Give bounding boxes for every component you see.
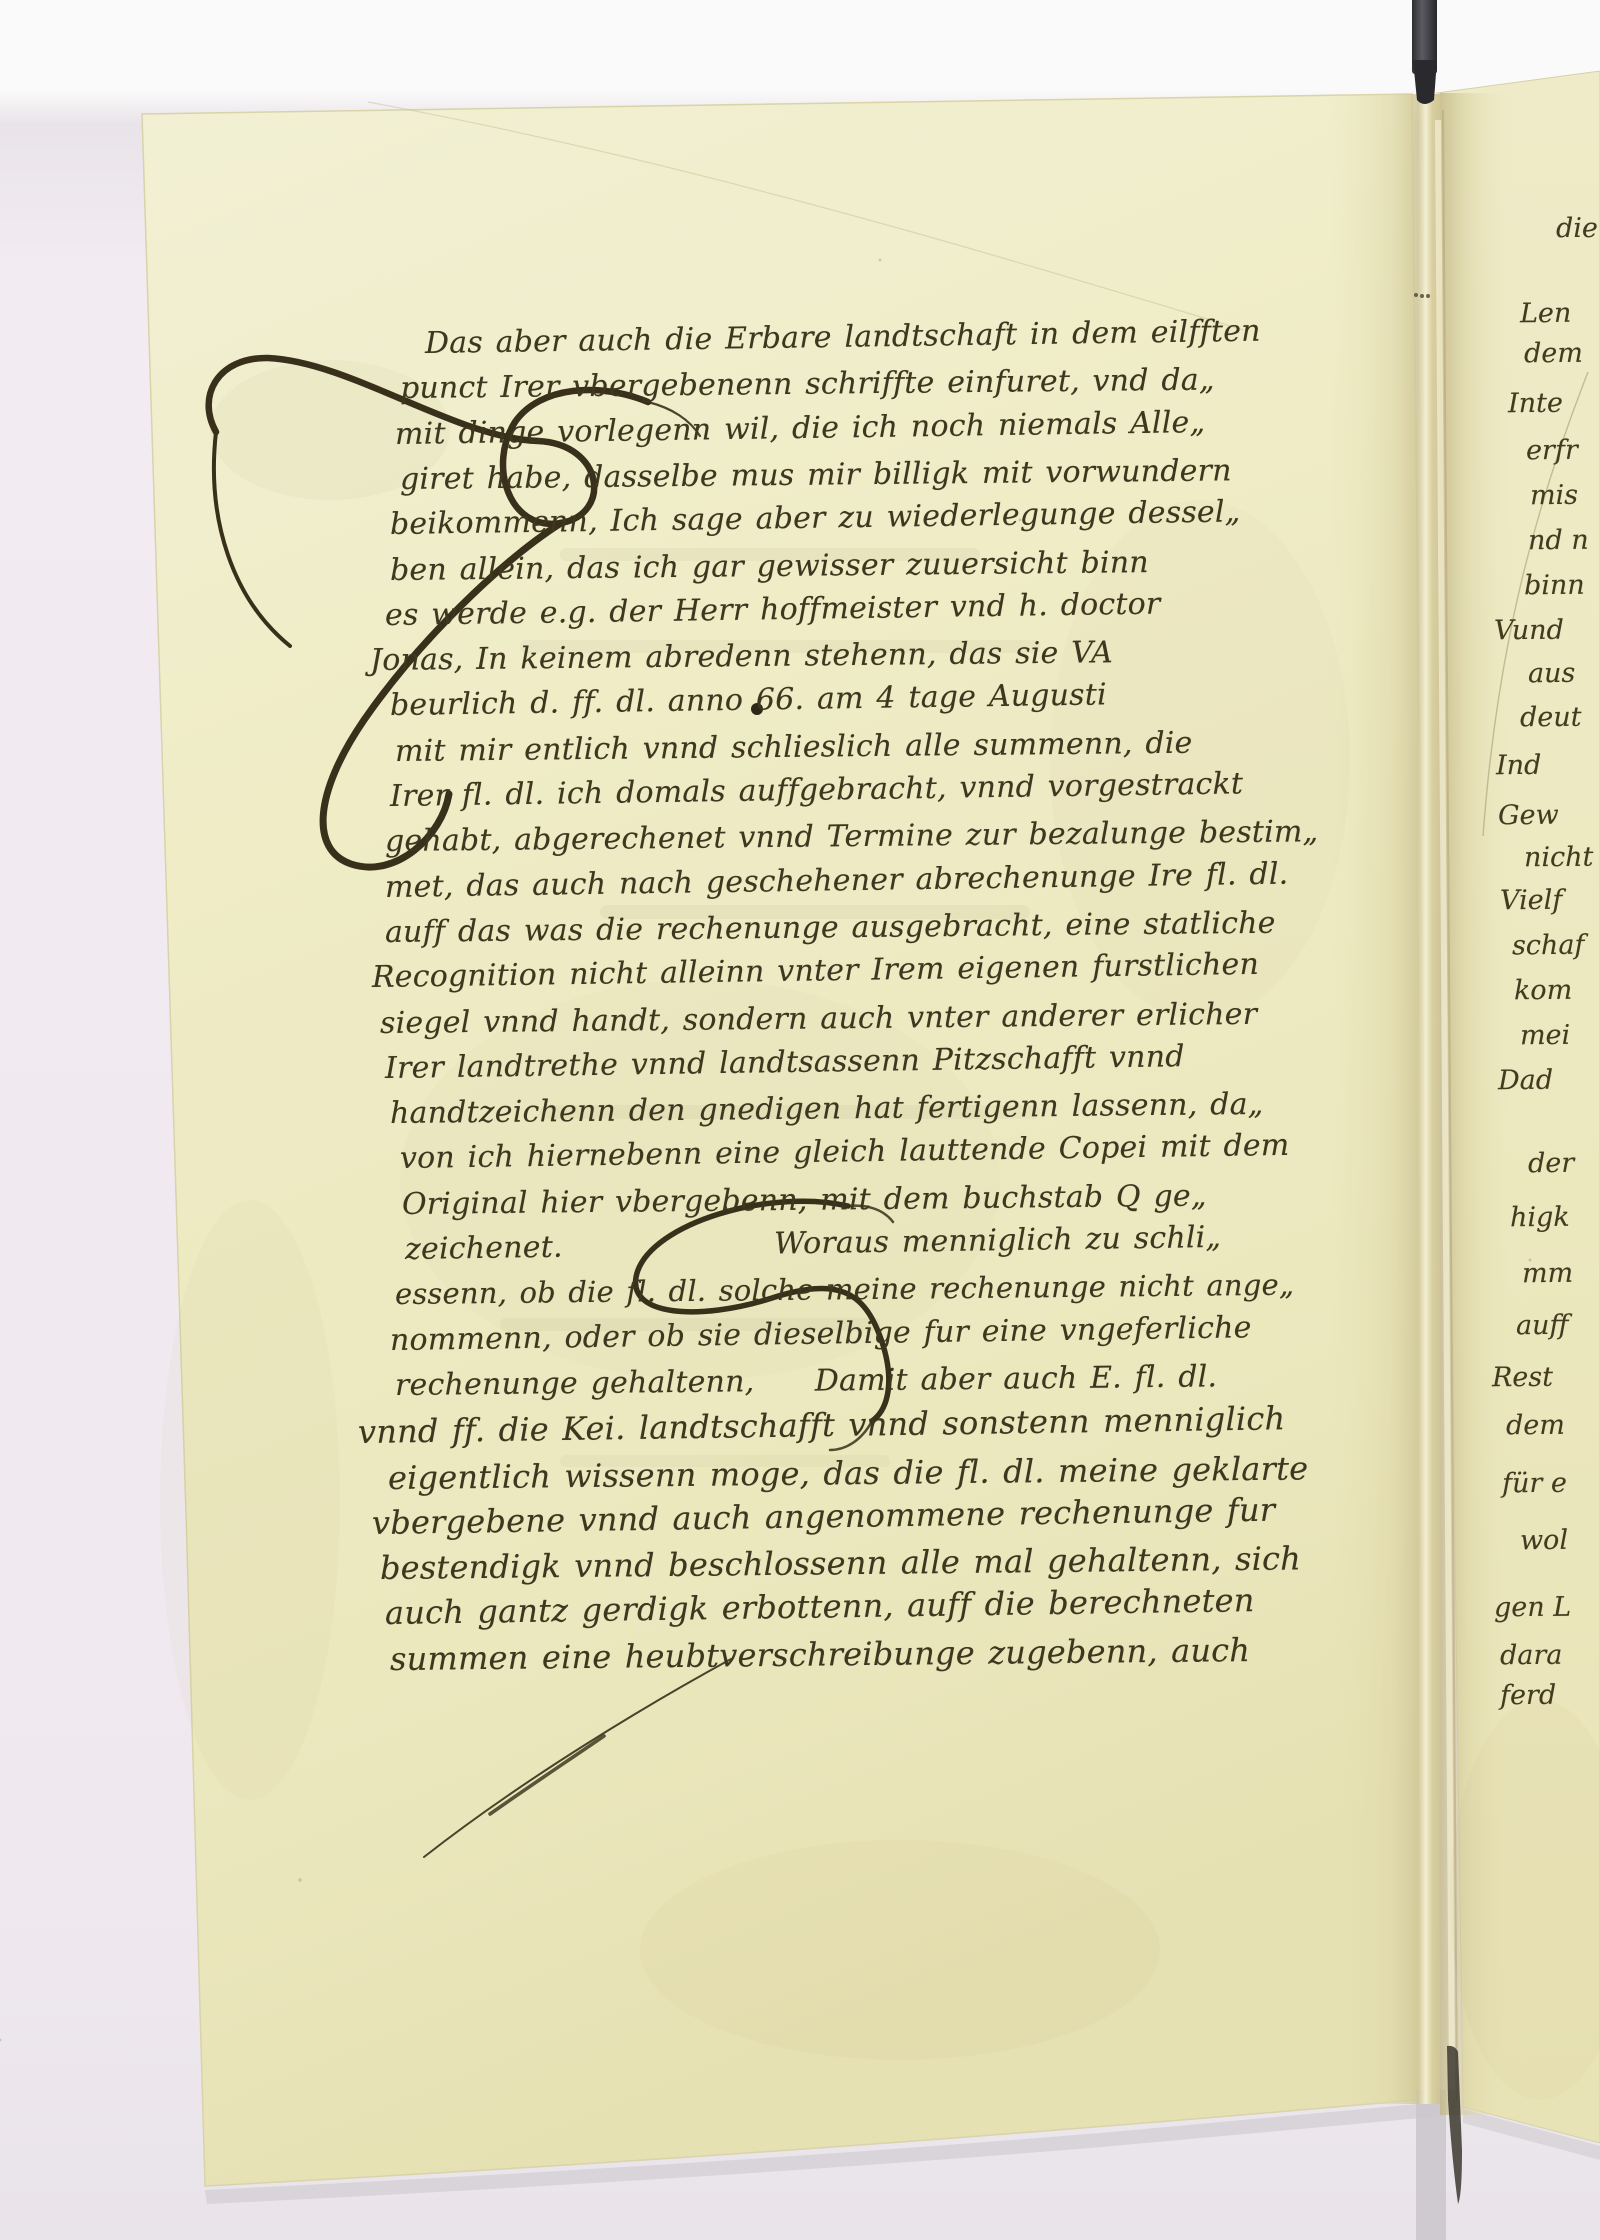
- manuscript-line: von ich hiernebenn eine gleich lauttende…: [400, 1128, 1290, 1176]
- right-page-fragment: aus: [1528, 658, 1576, 689]
- manuscript-line: siegel vnnd handt, sondern auch vnter an…: [380, 996, 1258, 1040]
- manuscript-line: Irer landtrethe vnnd landtsassenn Pitzsc…: [385, 1039, 1185, 1086]
- manuscript-line: mit dinge vorlegenn wil, die ich noch ni…: [395, 405, 1206, 452]
- manuscript-line: met, das auch nach geschehener abrechenu…: [385, 856, 1289, 904]
- right-page-fragment: kom: [1514, 975, 1572, 1007]
- manuscript-line: rechenunge gehaltenn, Damit aber auch E.…: [395, 1359, 1218, 1403]
- right-page-fragment: Dad: [1498, 1065, 1553, 1096]
- right-page-fragment: gen L: [1494, 1592, 1571, 1624]
- manuscript-line: eigentlich wissenn moge, das die fl. dl.…: [388, 1449, 1309, 1497]
- manuscript-line: Jonas, In keinem abredenn stehenn, das s…: [370, 635, 1113, 678]
- manuscript-line: summen eine heubtverschreibunge zugebenn…: [390, 1631, 1251, 1678]
- right-page-fragment: der: [1528, 1148, 1574, 1179]
- right-page-fragment: erfr: [1526, 435, 1578, 466]
- right-page-fragment: deut: [1520, 702, 1582, 734]
- right-page-fragment: mm: [1522, 1258, 1573, 1289]
- right-page-fragment: Inte: [1508, 388, 1563, 419]
- manuscript-line: Recognition nicht alleinn vnter Irem eig…: [372, 947, 1259, 995]
- right-page-fragment: Gew: [1498, 800, 1559, 832]
- right-page-fragment: higk: [1510, 1202, 1570, 1234]
- right-page-fragment: dem: [1524, 338, 1583, 370]
- right-page-fragment: mis: [1530, 480, 1578, 511]
- manuscript-line: auch gantz gerdigk erbottenn, auff die b…: [385, 1581, 1255, 1632]
- right-page-fragment: Ind: [1496, 750, 1542, 781]
- manuscript-line: zeichenet. Woraus menniglich zu schli„: [405, 1220, 1222, 1267]
- manuscript-line: punct Irer vbergebenenn schriffte einfur…: [400, 363, 1215, 407]
- manuscript-line: ben allein, das ich gar gewisser zuuersi…: [390, 545, 1149, 588]
- manuscript-text: Das aber auch die Erbare landtschaft in …: [0, 0, 1600, 2240]
- manuscript-line: vbergebene vnnd auch angenommene rechenu…: [372, 1490, 1276, 1541]
- manuscript-line: giret habe, dasselbe mus mir billigk mit…: [400, 453, 1232, 497]
- manuscript-line: es werde e.g. der Herr hoffmeister vnd h…: [385, 586, 1161, 633]
- right-page-fragment: die: [1556, 213, 1598, 244]
- right-page-fragment: wol: [1520, 1525, 1568, 1556]
- manuscript-line: auff das was die rechenunge ausgebracht,…: [385, 906, 1276, 950]
- manuscript-line: bestendigk vnnd beschlossenn alle mal ge…: [380, 1539, 1301, 1587]
- manuscript-line: Das aber auch die Erbare landtschaft in …: [425, 314, 1261, 361]
- manuscript-line: nommenn, oder ob sie dieselbige fur eine…: [390, 1310, 1252, 1358]
- manuscript-line: beurlich d. ff. dl. anno 66. am 4 tage A…: [390, 678, 1107, 724]
- right-page-fragment: nd n: [1528, 525, 1589, 557]
- right-page-fragment: schaf: [1512, 930, 1585, 962]
- right-page-fragment: ferd: [1500, 1680, 1556, 1711]
- manuscript-line: gehabt, abgerechenet vnnd Termine zur be…: [385, 815, 1319, 860]
- manuscript-line: essenn, ob die fl. dl. solche meine rech…: [395, 1268, 1294, 1311]
- right-page-fragment: dem: [1506, 1410, 1565, 1442]
- manuscript-line: Irer fl. dl. ich domals auffgebracht, vn…: [390, 766, 1244, 814]
- manuscript-line: Original hier vbergebenn, mit dem buchst…: [402, 1178, 1207, 1221]
- right-page-fragment: Vielf: [1500, 885, 1563, 917]
- manuscript-line: vnnd ff. die Kei. landtschafft vnnd sons…: [358, 1399, 1286, 1451]
- right-page-fragment: binn: [1524, 570, 1585, 602]
- right-page-fragment: auff: [1516, 1310, 1569, 1341]
- right-page-fragment: mei: [1520, 1020, 1570, 1051]
- manuscript-line: handtzeichenn den gnedigen hat fertigenn…: [390, 1087, 1264, 1131]
- right-page-fragment: dara: [1500, 1640, 1563, 1672]
- manuscript-line: mit mir entlich vnnd schlieslich alle su…: [395, 725, 1193, 768]
- right-page-fragment: Vund: [1494, 615, 1564, 647]
- right-page-fragment: Len: [1520, 298, 1572, 329]
- right-page-fragment: nicht: [1524, 842, 1594, 874]
- manuscript-line: beikommenn, Ich sage aber zu wiederlegun…: [390, 495, 1241, 543]
- right-page-fragment: für e: [1502, 1468, 1567, 1500]
- right-page-fragment: Rest: [1492, 1362, 1553, 1394]
